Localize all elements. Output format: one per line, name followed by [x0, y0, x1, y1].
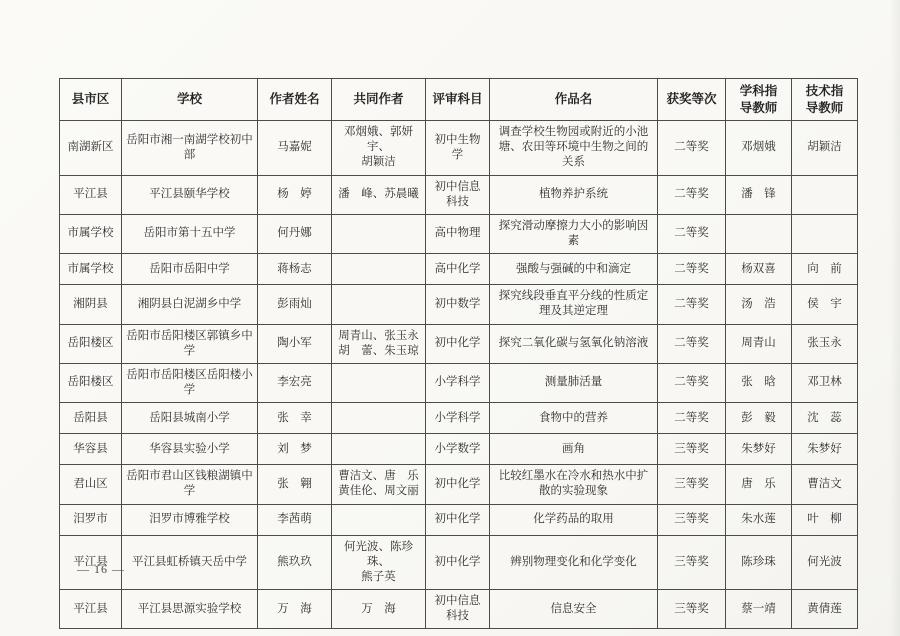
cell-district: 市属学校: [60, 214, 122, 253]
cell-coauthors: 潘 峰、苏晨曦: [332, 175, 426, 214]
cell-coauthors: 何光波、陈珍珠、 熊子英: [332, 535, 426, 590]
cell-award-level: 三等奖: [658, 535, 726, 590]
cell-subject-teacher: 杨双喜: [726, 254, 792, 285]
column-header-district: 县市区: [60, 79, 122, 121]
cell-district: 岳阳县: [60, 403, 122, 434]
awards-table: 县市区 学校 作者姓名 共同作者 评审科目 作品名 获奖等次 学科指 导教师 技…: [59, 78, 858, 629]
cell-author: 蒋杨志: [258, 254, 332, 285]
cell-coauthors: 曹洁文、唐 乐 黄佳伦、周文丽: [332, 465, 426, 504]
cell-work-title: 调查学校生物园或附近的小池塘、农田等环境中生物之间的关系: [490, 121, 658, 176]
cell-subject-teacher: 潘 锋: [726, 175, 792, 214]
document-page: 县市区 学校 作者姓名 共同作者 评审科目 作品名 获奖等次 学科指 导教师 技…: [0, 0, 900, 636]
cell-district: 汨罗市: [60, 504, 122, 535]
cell-school: 岳阳市岳阳楼区郭镇乡中学: [122, 324, 258, 363]
table-body: 南湖新区 岳阳市湘一南湖学校初中部 马嘉妮 邓烟娥、郭妍宇、 胡颖洁 初中生物 …: [60, 121, 858, 629]
cell-tech-teacher: 张玉永: [792, 324, 858, 363]
cell-award-level: 二等奖: [658, 403, 726, 434]
cell-coauthors: 万 海: [332, 590, 426, 629]
cell-tech-teacher: 何光波: [792, 535, 858, 590]
cell-school: 岳阳市岳阳楼区岳阳楼小学: [122, 363, 258, 402]
cell-district: 湘阴县: [60, 285, 122, 324]
cell-school: 湘阴县白泥湖乡中学: [122, 285, 258, 324]
cell-author: 彭雨灿: [258, 285, 332, 324]
table-row: 南湖新区 岳阳市湘一南湖学校初中部 马嘉妮 邓烟娥、郭妍宇、 胡颖洁 初中生物 …: [60, 121, 858, 176]
cell-tech-teacher: 黄倩莲: [792, 590, 858, 629]
cell-award-level: 三等奖: [658, 504, 726, 535]
cell-coauthors: [332, 403, 426, 434]
cell-author: 刘 梦: [258, 434, 332, 465]
cell-subject-teacher: 朱水莲: [726, 504, 792, 535]
cell-subject-teacher: 邓烟娥: [726, 121, 792, 176]
cell-award-level: 二等奖: [658, 175, 726, 214]
table-row: 岳阳楼区 岳阳市岳阳楼区岳阳楼小学 李宏亮 小学科学 测量肺活量 二等奖 张 晗…: [60, 363, 858, 402]
cell-coauthors: 邓烟娥、郭妍宇、 胡颖洁: [332, 121, 426, 176]
cell-subject: 初中信息 科技: [426, 175, 490, 214]
cell-work-title: 比较红墨水在冷水和热水中扩散的实验现象: [490, 465, 658, 504]
cell-district: 平江县: [60, 175, 122, 214]
cell-tech-teacher: 沈 蕊: [792, 403, 858, 434]
column-header-tech-teacher: 技术指 导教师: [792, 79, 858, 121]
cell-tech-teacher: 朱梦好: [792, 434, 858, 465]
cell-district: 市属学校: [60, 254, 122, 285]
table-row: 市属学校 岳阳市岳阳中学 蒋杨志 高中化学 强酸与强碱的中和滴定 二等奖 杨双喜…: [60, 254, 858, 285]
cell-subject: 高中物理: [426, 214, 490, 253]
cell-subject: 初中数学: [426, 285, 490, 324]
cell-subject-teacher: 彭 毅: [726, 403, 792, 434]
cell-author: 马嘉妮: [258, 121, 332, 176]
cell-subject: 高中化学: [426, 254, 490, 285]
cell-work-title: 植物养护系统: [490, 175, 658, 214]
cell-school: 平江县颐华学校: [122, 175, 258, 214]
cell-work-title: 食物中的营养: [490, 403, 658, 434]
cell-work-title: 辨别物理变化和化学变化: [490, 535, 658, 590]
cell-author: 李茜萌: [258, 504, 332, 535]
cell-author: 何丹娜: [258, 214, 332, 253]
header-row: 县市区 学校 作者姓名 共同作者 评审科目 作品名 获奖等次 学科指 导教师 技…: [60, 79, 858, 121]
cell-tech-teacher: 侯 宇: [792, 285, 858, 324]
cell-author: 张 幸: [258, 403, 332, 434]
cell-coauthors: [332, 285, 426, 324]
cell-school: 平江县思源实验学校: [122, 590, 258, 629]
cell-award-level: 二等奖: [658, 254, 726, 285]
column-header-subject-teacher: 学科指 导教师: [726, 79, 792, 121]
cell-subject: 初中生物 学: [426, 121, 490, 176]
cell-tech-teacher: 叶 柳: [792, 504, 858, 535]
cell-award-level: 三等奖: [658, 434, 726, 465]
cell-work-title: 化学药品的取用: [490, 504, 658, 535]
cell-district: 南湖新区: [60, 121, 122, 176]
cell-subject-teacher: 陈珍珠: [726, 535, 792, 590]
cell-school: 岳阳市君山区钱粮湖镇中学: [122, 465, 258, 504]
cell-subject: 小学科学: [426, 363, 490, 402]
cell-school: 岳阳市第十五中学: [122, 214, 258, 253]
cell-subject: 初中化学: [426, 535, 490, 590]
cell-award-level: 二等奖: [658, 363, 726, 402]
table-row: 汨罗市 汨罗市博雅学校 李茜萌 初中化学 化学药品的取用 三等奖 朱水莲 叶 柳: [60, 504, 858, 535]
cell-author: 李宏亮: [258, 363, 332, 402]
table-row: 平江县 平江县思源实验学校 万 海 万 海 初中信息 科技 信息安全 三等奖 蔡…: [60, 590, 858, 629]
table-row: 湘阴县 湘阴县白泥湖乡中学 彭雨灿 初中数学 探究线段垂直平分线的性质定理及其逆…: [60, 285, 858, 324]
cell-school: 平江县虹桥镇天岳中学: [122, 535, 258, 590]
cell-tech-teacher: 曹洁文: [792, 465, 858, 504]
cell-award-level: 二等奖: [658, 214, 726, 253]
cell-district: 君山区: [60, 465, 122, 504]
cell-subject-teacher: 蔡一靖: [726, 590, 792, 629]
table-row: 平江县 平江县颐华学校 杨 婷 潘 峰、苏晨曦 初中信息 科技 植物养护系统 二…: [60, 175, 858, 214]
cell-coauthors: [332, 363, 426, 402]
cell-work-title: 探究二氧化碳与氢氧化钠溶液: [490, 324, 658, 363]
cell-school: 汨罗市博雅学校: [122, 504, 258, 535]
cell-coauthors: [332, 434, 426, 465]
cell-tech-teacher: 邓卫林: [792, 363, 858, 402]
cell-school: 华容县实验小学: [122, 434, 258, 465]
cell-coauthors: [332, 214, 426, 253]
table-row: 市属学校 岳阳市第十五中学 何丹娜 高中物理 探究滑动摩擦力大小的影响因素 二等…: [60, 214, 858, 253]
cell-subject: 小学科学: [426, 403, 490, 434]
cell-coauthors: [332, 254, 426, 285]
cell-subject-teacher: 朱梦好: [726, 434, 792, 465]
cell-author: 熊玖玖: [258, 535, 332, 590]
cell-subject-teacher: 唐 乐: [726, 465, 792, 504]
table-row: 君山区 岳阳市君山区钱粮湖镇中学 张 翱 曹洁文、唐 乐 黄佳伦、周文丽 初中化…: [60, 465, 858, 504]
cell-subject-teacher: 汤 浩: [726, 285, 792, 324]
cell-work-title: 测量肺活量: [490, 363, 658, 402]
column-header-school: 学校: [122, 79, 258, 121]
cell-tech-teacher: [792, 214, 858, 253]
column-header-award-level: 获奖等次: [658, 79, 726, 121]
cell-subject: 初中信息 科技: [426, 590, 490, 629]
cell-district: 华容县: [60, 434, 122, 465]
cell-tech-teacher: 胡颖洁: [792, 121, 858, 176]
cell-award-level: 二等奖: [658, 285, 726, 324]
cell-tech-teacher: 向 前: [792, 254, 858, 285]
column-header-work-title: 作品名: [490, 79, 658, 121]
cell-coauthors: [332, 504, 426, 535]
table-row: 岳阳县 岳阳县城南小学 张 幸 小学科学 食物中的营养 二等奖 彭 毅 沈 蕊: [60, 403, 858, 434]
cell-work-title: 强酸与强碱的中和滴定: [490, 254, 658, 285]
table-row: 华容县 华容县实验小学 刘 梦 小学数学 画角 三等奖 朱梦好 朱梦好: [60, 434, 858, 465]
cell-subject: 初中化学: [426, 465, 490, 504]
cell-subject: 初中化学: [426, 504, 490, 535]
cell-tech-teacher: [792, 175, 858, 214]
cell-award-level: 二等奖: [658, 324, 726, 363]
cell-subject-teacher: [726, 214, 792, 253]
cell-subject: 初中化学: [426, 324, 490, 363]
cell-school: 岳阳市湘一南湖学校初中部: [122, 121, 258, 176]
column-header-coauthors: 共同作者: [332, 79, 426, 121]
page-number: — 16 —: [77, 562, 125, 577]
cell-work-title: 画角: [490, 434, 658, 465]
cell-award-level: 三等奖: [658, 465, 726, 504]
cell-author: 杨 婷: [258, 175, 332, 214]
cell-subject-teacher: 张 晗: [726, 363, 792, 402]
column-header-subject: 评审科目: [426, 79, 490, 121]
cell-district: 岳阳楼区: [60, 324, 122, 363]
cell-school: 岳阳县城南小学: [122, 403, 258, 434]
cell-award-level: 三等奖: [658, 590, 726, 629]
table-row: 岳阳楼区 岳阳市岳阳楼区郭镇乡中学 陶小军 周青山、张玉永 胡 蕾、朱玉琼 初中…: [60, 324, 858, 363]
table-row: 平江县 平江县虹桥镇天岳中学 熊玖玖 何光波、陈珍珠、 熊子英 初中化学 辨别物…: [60, 535, 858, 590]
cell-district: 岳阳楼区: [60, 363, 122, 402]
cell-author: 陶小军: [258, 324, 332, 363]
cell-subject-teacher: 周青山: [726, 324, 792, 363]
cell-work-title: 探究线段垂直平分线的性质定理及其逆定理: [490, 285, 658, 324]
cell-author: 万 海: [258, 590, 332, 629]
cell-coauthors: 周青山、张玉永 胡 蕾、朱玉琼: [332, 324, 426, 363]
cell-school: 岳阳市岳阳中学: [122, 254, 258, 285]
cell-award-level: 二等奖: [658, 121, 726, 176]
cell-work-title: 探究滑动摩擦力大小的影响因素: [490, 214, 658, 253]
cell-work-title: 信息安全: [490, 590, 658, 629]
cell-subject: 小学数学: [426, 434, 490, 465]
cell-district: 平江县: [60, 590, 122, 629]
awards-table-container: 县市区 学校 作者姓名 共同作者 评审科目 作品名 获奖等次 学科指 导教师 技…: [59, 78, 857, 629]
column-header-author: 作者姓名: [258, 79, 332, 121]
cell-author: 张 翱: [258, 465, 332, 504]
